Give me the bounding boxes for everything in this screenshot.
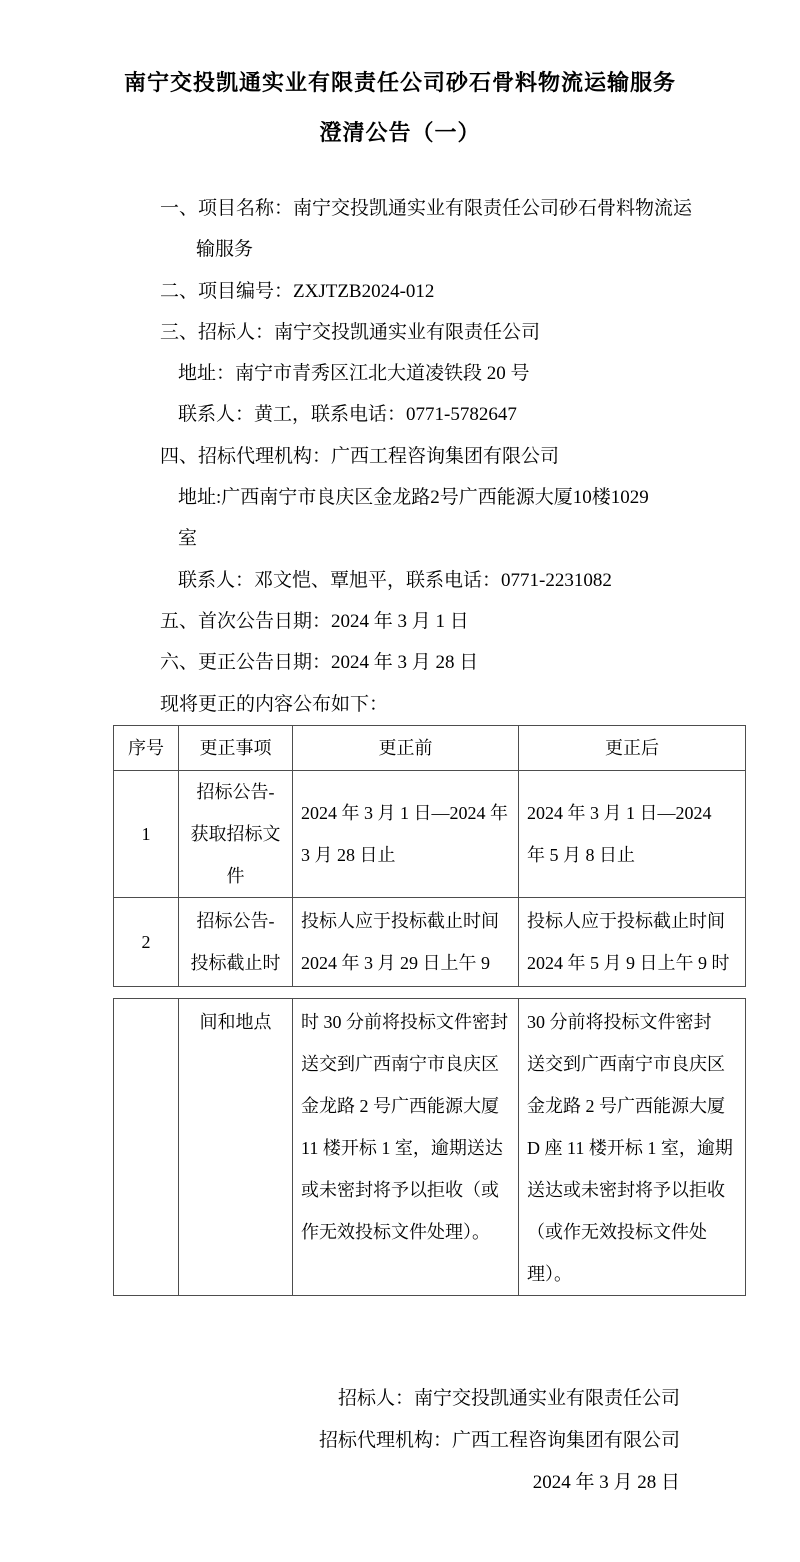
body-line-bidder: 三、招标人：南宁交投凯通实业有限责任公司 [0,312,800,353]
cell-seq [114,998,179,1295]
column-header-item: 更正事项 [179,725,293,770]
body-line-agency-contact: 联系人：邓文恺、覃旭平，联系电话：0771-2231082 [0,560,800,601]
cell-after: 30 分前将投标文件密封 送交到广西南宁市良庆区 金龙路 2 号广西能源大厦 D… [519,998,746,1295]
column-header-before: 更正前 [293,725,519,770]
signature-date: 2024 年 3 月 28 日 [0,1462,680,1504]
cell-item: 招标公告- 投标截止时 [179,897,293,986]
cell-seq: 2 [114,897,179,986]
body-line-correction-date: 六、更正公告日期：2024 年 3 月 28 日 [0,642,800,683]
title-line-1: 南宁交投凯通实业有限责任公司砂石骨料物流运输服务 [0,66,800,100]
body-line-bidder-address: 地址：南宁市青秀区江北大道凌铁段 20 号 [0,353,800,394]
body-line-agency: 四、招标代理机构：广西工程咨询集团有限公司 [0,436,800,477]
cell-before: 2024 年 3 月 1 日—2024 年 3 月 28 日止 [293,770,519,897]
cell-seq: 1 [114,770,179,897]
corrections-table: 序号 更正事项 更正前 更正后 1 招标公告- 获取招标文 件 2024 年 3… [113,725,746,987]
body-line-agency-address-wrap: 室 [0,518,800,559]
cell-item: 招标公告- 获取招标文 件 [179,770,293,897]
body-line-intro: 现将更正的内容公布如下： [0,684,800,725]
cell-before: 时 30 分前将投标文件密封 送交到广西南宁市良庆区 金龙路 2 号广西能源大厦… [293,998,519,1295]
cell-after: 2024 年 3 月 1 日—2024 年 5 月 8 日止 [519,770,746,897]
body-line-project-name: 一、项目名称：南宁交投凯通实业有限责任公司砂石骨料物流运 [0,188,800,229]
table-row: 2 招标公告- 投标截止时 投标人应于投标截止时间 2024 年 3 月 29 … [114,897,746,986]
body-line-project-name-wrap: 输服务 [0,229,800,270]
body-line-project-number: 二、项目编号：ZXJTZB2024-012 [0,271,800,312]
table-header-row: 序号 更正事项 更正前 更正后 [114,725,746,770]
table-row: 1 招标公告- 获取招标文 件 2024 年 3 月 1 日—2024 年 3 … [114,770,746,897]
column-header-after: 更正后 [519,725,746,770]
signature-agency: 招标代理机构：广西工程咨询集团有限公司 [0,1420,680,1462]
table-row-continuation: 间和地点 时 30 分前将投标文件密封 送交到广西南宁市良庆区 金龙路 2 号广… [114,998,746,1295]
body-line-agency-address: 地址:广西南宁市良庆区金龙路2号广西能源大厦10楼1029 [0,477,800,518]
signature-bidder: 招标人：南宁交投凯通实业有限责任公司 [0,1378,680,1420]
document-body: 一、项目名称：南宁交投凯通实业有限责任公司砂石骨料物流运 输服务 二、项目编号：… [0,188,800,725]
document-title: 南宁交投凯通实业有限责任公司砂石骨料物流运输服务 澄清公告（一） [0,0,800,150]
cell-item: 间和地点 [179,998,293,1295]
signature-block: 招标人：南宁交投凯通实业有限责任公司 招标代理机构：广西工程咨询集团有限公司 2… [0,1378,800,1504]
title-line-2: 澄清公告（一） [0,116,800,150]
cell-after: 投标人应于投标截止时间 2024 年 5 月 9 日上午 9 时 [519,897,746,986]
cell-before: 投标人应于投标截止时间 2024 年 3 月 29 日上午 9 [293,897,519,986]
column-header-seq: 序号 [114,725,179,770]
document-page: 南宁交投凯通实业有限责任公司砂石骨料物流运输服务 澄清公告（一） 一、项目名称：… [0,0,800,1562]
body-line-bidder-contact: 联系人：黄工，联系电话：0771-5782647 [0,394,800,435]
body-line-first-notice-date: 五、首次公告日期：2024 年 3 月 1 日 [0,601,800,642]
corrections-table-continued: 间和地点 时 30 分前将投标文件密封 送交到广西南宁市良庆区 金龙路 2 号广… [113,998,746,1296]
